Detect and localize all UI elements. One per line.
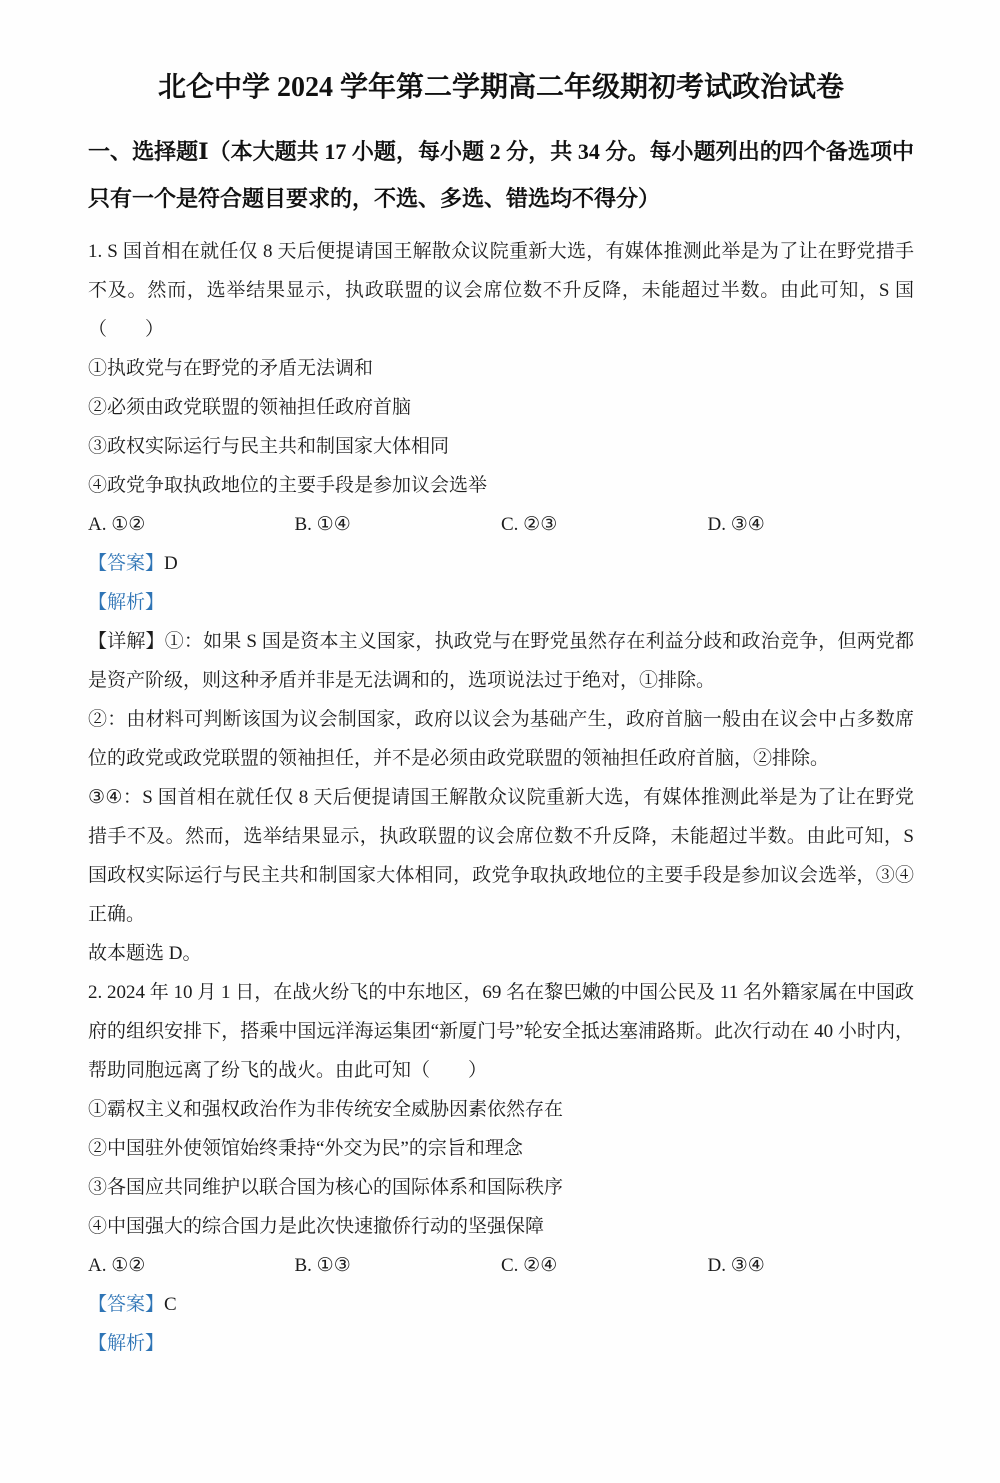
answer-label: 【答案】 <box>88 553 164 574</box>
choice-item-d: D. ③④ <box>708 505 915 544</box>
choice-item-b: B. ①③ <box>295 1246 502 1285</box>
statement-item: ②必须由政党联盟的领袖担任政府首脑 <box>88 388 914 427</box>
choice-item-b: B. ①④ <box>295 505 502 544</box>
statement-item: ①执政党与在野党的矛盾无法调和 <box>88 349 914 388</box>
choice-item-c: C. ②④ <box>501 1246 708 1285</box>
choice-item-a: A. ①② <box>88 1246 295 1285</box>
analysis-label: 【解析】 <box>88 592 164 613</box>
analysis-line: 【解析】 <box>88 583 914 622</box>
choice-item-a: A. ①② <box>88 505 295 544</box>
question-stem: 2. 2024 年 10 月 1 日，在战火纷飞的中东地区，69 名在黎巴嫩的中… <box>88 973 914 1090</box>
choice-row: A. ①② B. ①③ C. ②④ D. ③④ <box>88 1246 914 1285</box>
question-1: 1. S 国首相在就任仅 8 天后便提请国王解散众议院重新大选，有媒体推测此举是… <box>88 232 914 973</box>
choice-item-c: C. ②③ <box>501 505 708 544</box>
exam-paper: 北仑中学 2024 学年第二学期高二年级期初考试政治试卷 一、选择题Ⅰ（本大题共… <box>0 0 1000 1483</box>
answer-label: 【答案】 <box>88 1294 164 1315</box>
statement-item: ④政党争取执政地位的主要手段是参加议会选举 <box>88 466 914 505</box>
answer-line: 【答案】C <box>88 1285 914 1324</box>
explanation-paragraph: ②：由材料可判断该国为议会制国家，政府以议会为基础产生，政府首脑一般由在议会中占… <box>88 700 914 778</box>
statement-item: ②中国驻外使领馆始终秉持“外交为民”的宗旨和理念 <box>88 1129 914 1168</box>
section-heading: 一、选择题Ⅰ（本大题共 17 小题，每小题 2 分，共 34 分。每小题列出的四… <box>88 128 914 222</box>
statement-item: ①霸权主义和强权政治作为非传统安全威胁因素依然存在 <box>88 1090 914 1129</box>
answer-line: 【答案】D <box>88 544 914 583</box>
statement-item: ③各国应共同维护以联合国为核心的国际体系和国际秩序 <box>88 1168 914 1207</box>
choice-row: A. ①② B. ①④ C. ②③ D. ③④ <box>88 505 914 544</box>
answer-value: C <box>164 1294 177 1315</box>
answer-value: D <box>164 553 178 574</box>
explanation-conclusion: 故本题选 D。 <box>88 934 914 973</box>
analysis-label: 【解析】 <box>88 1333 164 1354</box>
analysis-line: 【解析】 <box>88 1324 914 1363</box>
explanation-paragraph: ③④：S 国首相在就任仅 8 天后便提请国王解散众议院重新大选，有媒体推测此举是… <box>88 778 914 934</box>
statement-item: ③政权实际运行与民主共和制国家大体相同 <box>88 427 914 466</box>
choice-item-d: D. ③④ <box>708 1246 915 1285</box>
statement-item: ④中国强大的综合国力是此次快速撤侨行动的坚强保障 <box>88 1207 914 1246</box>
explanation-paragraph: 【详解】①：如果 S 国是资本主义国家，执政党与在野党虽然存在利益分歧和政治竞争… <box>88 622 914 700</box>
page-title: 北仑中学 2024 学年第二学期高二年级期初考试政治试卷 <box>88 64 914 112</box>
question-2: 2. 2024 年 10 月 1 日，在战火纷飞的中东地区，69 名在黎巴嫩的中… <box>88 973 914 1363</box>
question-stem: 1. S 国首相在就任仅 8 天后便提请国王解散众议院重新大选，有媒体推测此举是… <box>88 232 914 349</box>
